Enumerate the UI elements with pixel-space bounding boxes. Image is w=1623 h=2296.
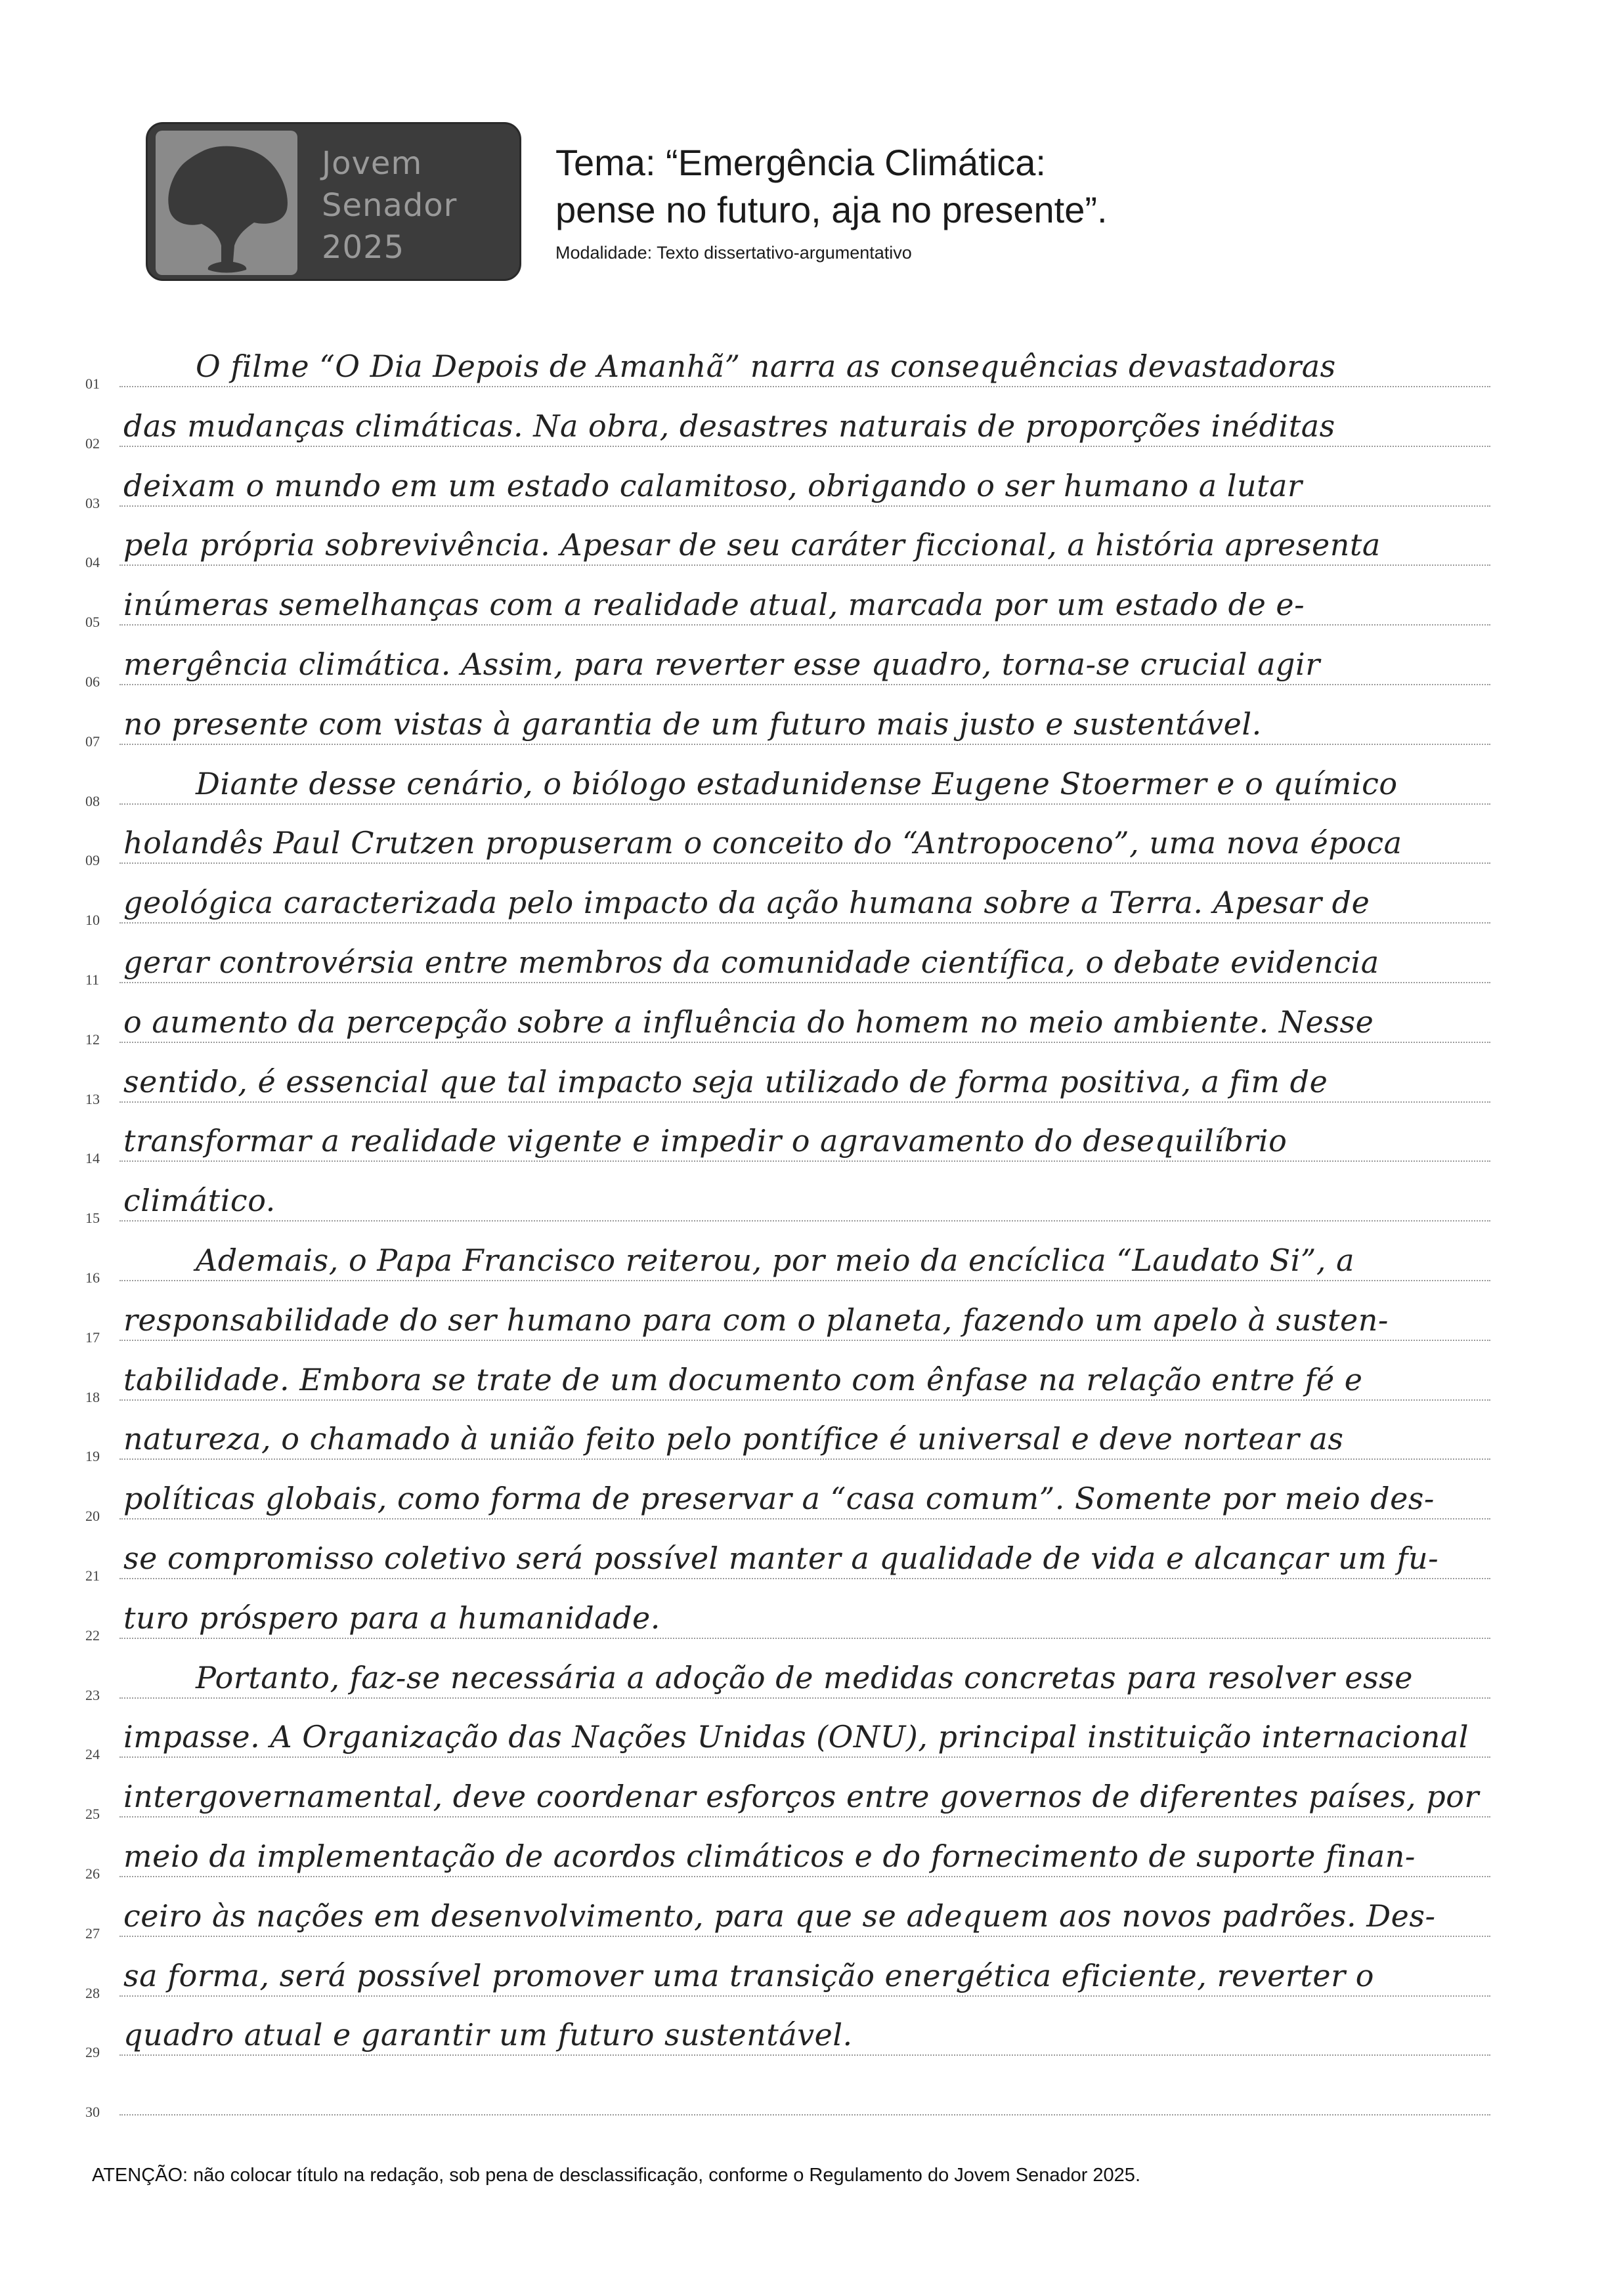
essay-line: 04pela própria sobrevivência. Apesar de … (85, 507, 1490, 566)
ruled-line (119, 862, 1490, 864)
ruled-line (119, 1458, 1490, 1460)
essay-line: 20políticas globais, como forma de prese… (85, 1460, 1490, 1520)
ruled-line (119, 684, 1490, 685)
ruled-line (119, 564, 1490, 566)
ruled-line (119, 922, 1490, 924)
handwritten-text: mergência climática. Assim, para reverte… (123, 646, 1490, 683)
ruled-line (119, 2114, 1490, 2115)
essay-line: 16Ademais, o Papa Francisco reiterou, po… (85, 1222, 1490, 1281)
essay-line: 09holandês Paul Crutzen propuseram o con… (85, 805, 1490, 864)
ruled-line (119, 446, 1490, 447)
handwritten-text: ceiro às nações em desenvolvimento, para… (123, 1898, 1490, 1934)
ruled-line (119, 1995, 1490, 1997)
handwritten-text: políticas globais, como forma de preserv… (123, 1480, 1490, 1517)
handwritten-text: intergovernamental, deve coordenar esfor… (123, 1778, 1490, 1815)
essay-line: 23Portanto, faz-se necessária a adoção d… (85, 1640, 1490, 1699)
handwritten-text: gerar controvérsia entre membros da comu… (123, 944, 1490, 981)
ruled-line (119, 1340, 1490, 1341)
ruled-line (119, 803, 1490, 805)
essay-line: 29quadro atual e garantir um futuro sust… (85, 1997, 1490, 2056)
handwritten-text: o aumento da percepção sobre a influênci… (123, 1004, 1490, 1040)
ruled-line (119, 1816, 1490, 1818)
handwritten-text: turo próspero para a humanidade. (123, 1600, 1490, 1636)
ruled-line (119, 1042, 1490, 1043)
line-number: 30 (85, 2104, 112, 2121)
ruled-line (119, 1220, 1490, 1222)
essay-line: 30 (85, 2056, 1490, 2115)
ruled-line (119, 1578, 1490, 1579)
ruled-line (119, 2054, 1490, 2056)
handwritten-text: Portanto, faz-se necessária a adoção de … (123, 1659, 1490, 1696)
essay-line: 27ceiro às nações em desenvolvimento, pa… (85, 1878, 1490, 1937)
handwritten-text: inúmeras semelhanças com a realidade atu… (123, 586, 1490, 623)
handwritten-text: das mudanças climáticas. Na obra, desast… (123, 408, 1490, 444)
ruled-line (119, 1280, 1490, 1281)
handwritten-text: quadro atual e garantir um futuro susten… (123, 2016, 1490, 2053)
essay-line: 14transformar a realidade vigente e impe… (85, 1103, 1490, 1162)
handwritten-text: Diante desse cenário, o biólogo estaduni… (123, 765, 1490, 802)
essay-line: 21se compromisso coletivo será possível … (85, 1520, 1490, 1579)
handwritten-text: natureza, o chamado à união feito pelo p… (123, 1420, 1490, 1457)
handwritten-text: climático. (123, 1182, 1490, 1219)
essay-line: 01O filme “O Dia Depois de Amanhã” narra… (85, 328, 1490, 387)
essay-line: 18tabilidade. Embora se trate de um docu… (85, 1342, 1490, 1401)
essay-line: 10geológica caracterizada pelo impacto d… (85, 864, 1490, 924)
handwritten-text: sa forma, será possível promover uma tra… (123, 1957, 1490, 1994)
handwritten-text: transformar a realidade vigente e impedi… (123, 1122, 1490, 1159)
essay-line: 08Diante desse cenário, o biólogo estadu… (85, 746, 1490, 805)
essay-line: 22turo próspero para a humanidade. (85, 1580, 1490, 1639)
ruled-line (119, 744, 1490, 745)
essay-line: 15climático. (85, 1162, 1490, 1222)
ruled-line (119, 386, 1490, 387)
ruled-line (119, 624, 1490, 626)
ruled-line (119, 1936, 1490, 1937)
essay-line: 06mergência climática. Assim, para rever… (85, 626, 1490, 685)
handwritten-text: meio da implementação de acordos climáti… (123, 1838, 1490, 1875)
ruled-line (119, 1518, 1490, 1520)
ruled-line (119, 1160, 1490, 1162)
essay-line: 05inúmeras semelhanças com a realidade a… (85, 566, 1490, 626)
ruled-line (119, 1638, 1490, 1639)
footer-notice: ATENÇÃO: não colocar título na redação, … (92, 2165, 1140, 2186)
essay-line: 19natureza, o chamado à união feito pelo… (85, 1401, 1490, 1460)
handwritten-text: holandês Paul Crutzen propuseram o conce… (123, 824, 1490, 861)
essay-line: 11gerar controvérsia entre membros da co… (85, 924, 1490, 983)
ruled-line (119, 1399, 1490, 1401)
essay-line: 13sentido, é essencial que tal impacto s… (85, 1044, 1490, 1103)
ruled-line (119, 1756, 1490, 1758)
essay-line: 17responsabilidade do ser humano para co… (85, 1282, 1490, 1341)
handwritten-text: deixam o mundo em um estado calamitoso, … (123, 467, 1490, 504)
essay-line: 24impasse. A Organização das Nações Unid… (85, 1699, 1490, 1758)
handwritten-text: tabilidade. Embora se trate de um docume… (123, 1361, 1490, 1398)
essay-line: 25intergovernamental, deve coordenar esf… (85, 1758, 1490, 1818)
handwritten-text: no presente com vistas à garantia de um … (123, 706, 1490, 742)
handwritten-text: sentido, é essencial que tal impacto sej… (123, 1063, 1490, 1100)
ruled-line (119, 1101, 1490, 1103)
essay-line: 26meio da implementação de acordos climá… (85, 1818, 1490, 1877)
handwritten-text: geológica caracterizada pelo impacto da … (123, 884, 1490, 921)
essay-line: 28sa forma, será possível promover uma t… (85, 1938, 1490, 1997)
handwritten-text: O filme “O Dia Depois de Amanhã” narra a… (123, 348, 1490, 385)
essay-line: 07no presente com vistas à garantia de u… (85, 686, 1490, 745)
handwritten-text: se compromisso coletivo será possível ma… (123, 1540, 1490, 1577)
handwritten-text: responsabilidade do ser humano para com … (123, 1302, 1490, 1338)
essay-line: 12o aumento da percepção sobre a influên… (85, 984, 1490, 1043)
handwritten-text: pela própria sobrevivência. Apesar de se… (123, 526, 1490, 563)
handwritten-text: impasse. A Organização das Nações Unidas… (123, 1718, 1490, 1755)
ruled-line (119, 1697, 1490, 1699)
handwritten-text: Ademais, o Papa Francisco reiterou, por … (123, 1242, 1490, 1279)
essay-line: 03deixam o mundo em um estado calamitoso… (85, 448, 1490, 507)
essay-line: 02das mudanças climáticas. Na obra, desa… (85, 388, 1490, 447)
essay-sheet: 01O filme “O Dia Depois de Amanhã” narra… (0, 0, 1623, 2296)
ruled-line (119, 505, 1490, 507)
ruled-line (119, 982, 1490, 983)
ruled-line (119, 1876, 1490, 1877)
